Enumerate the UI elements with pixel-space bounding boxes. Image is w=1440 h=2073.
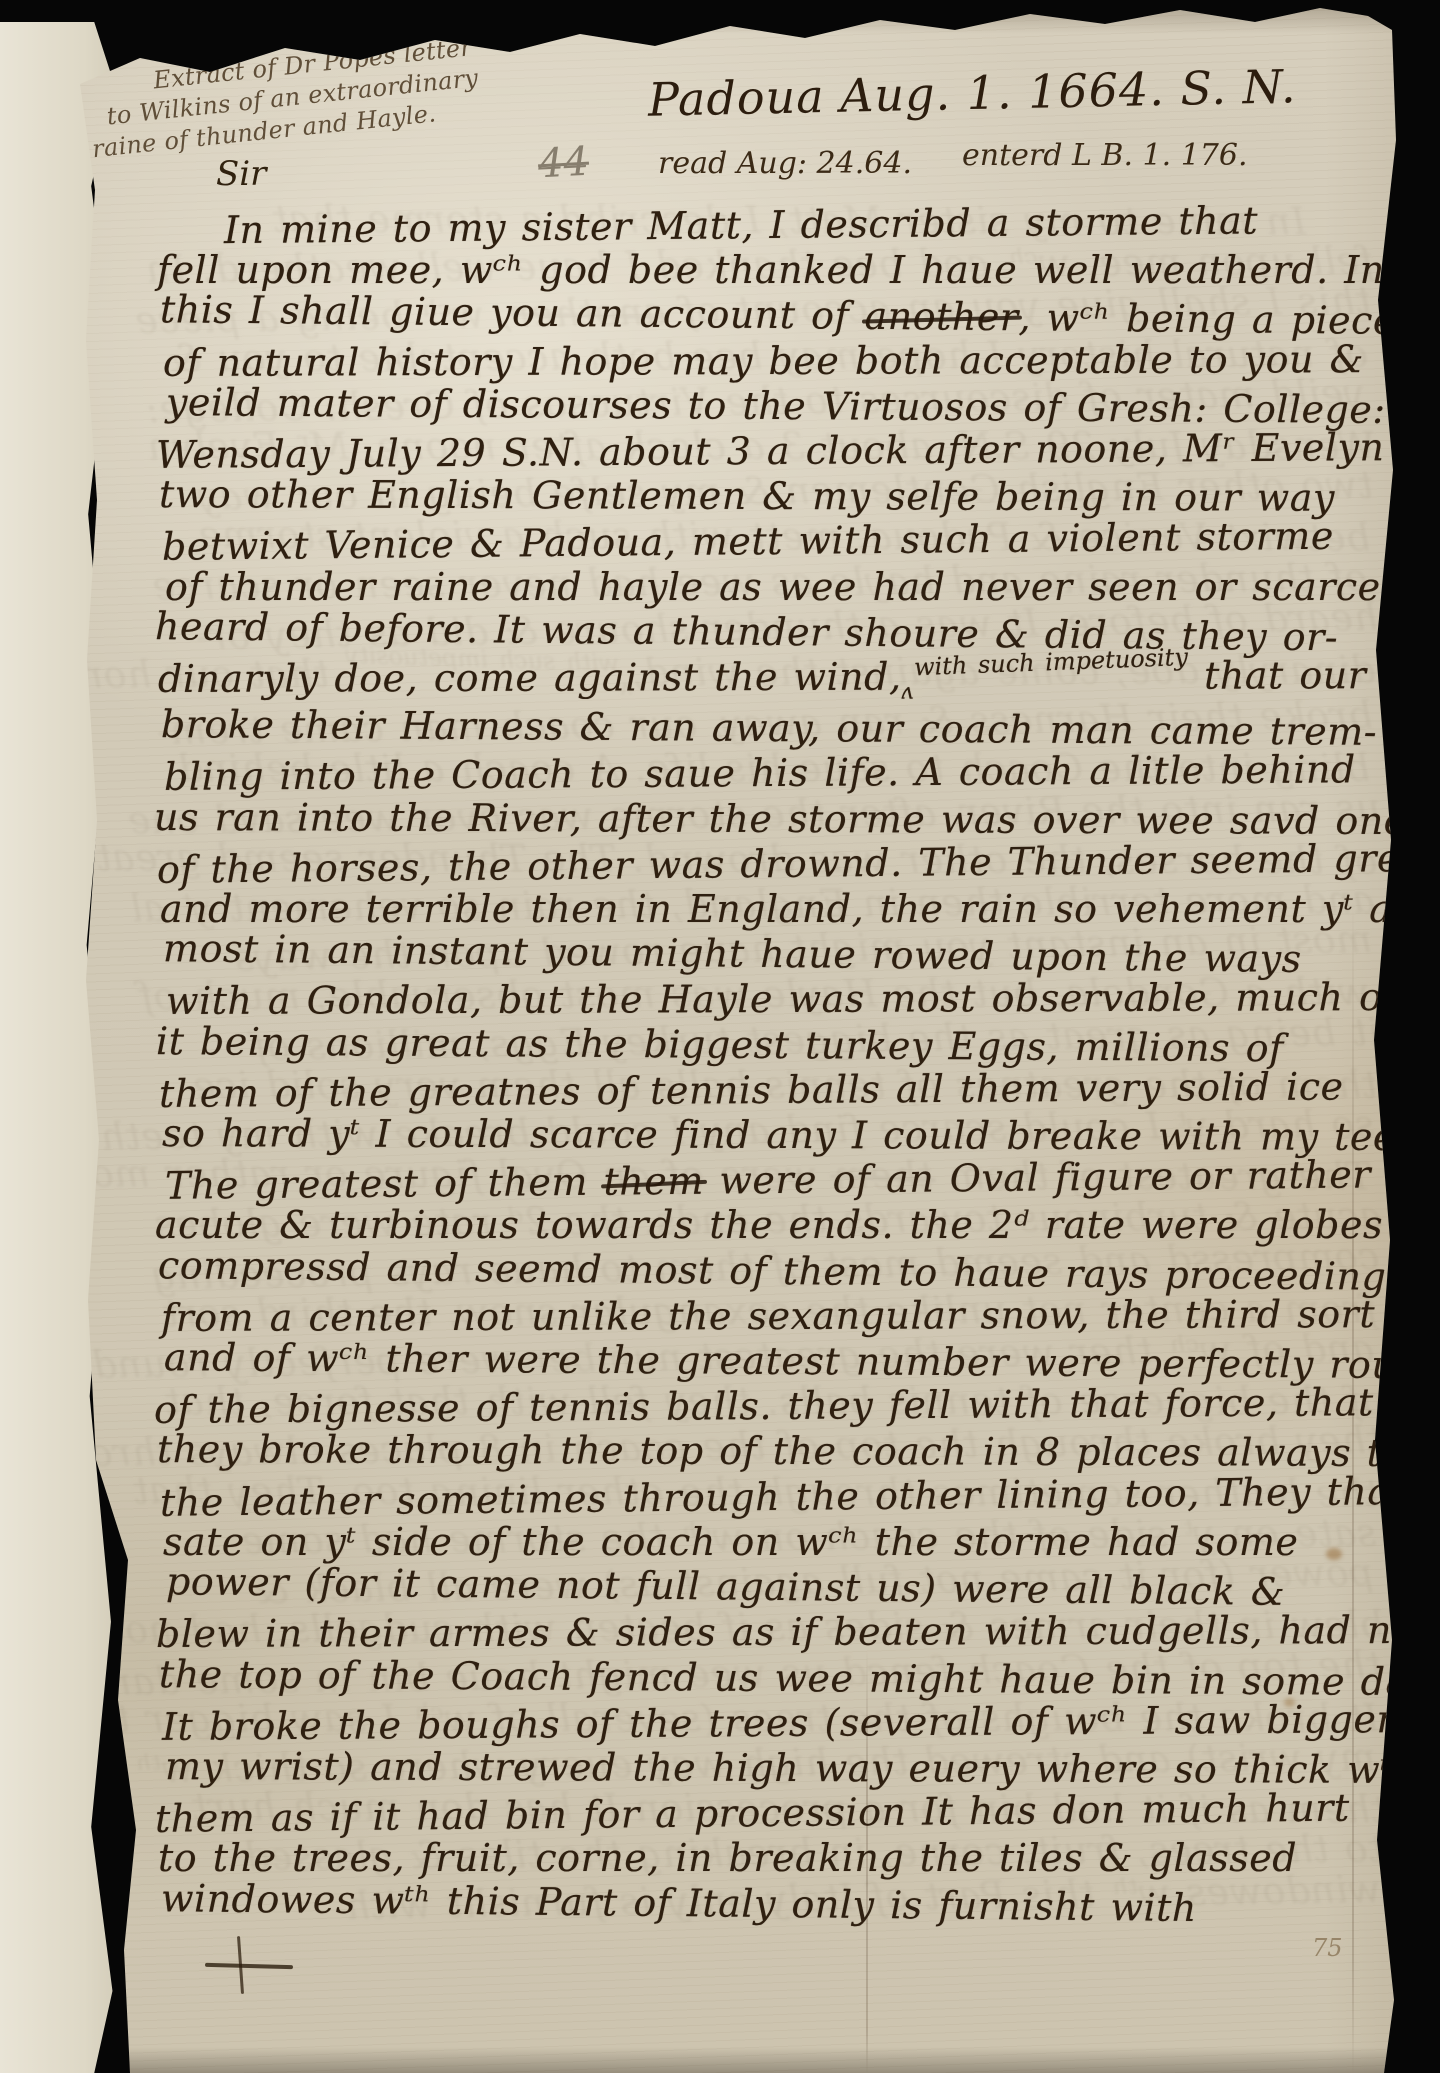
place-date: Padoua Aug. 1. 1664. S. N. bbox=[648, 59, 1298, 127]
manuscript-line-20: them of the greatnes of tennis balls all… bbox=[159, 1064, 1390, 1117]
manuscript-line-15: of the horses, the other was drownd. The… bbox=[157, 836, 1390, 893]
manuscript-line-4: of natural history I hope may bee both a… bbox=[163, 337, 1390, 386]
manuscript-line-33: the top of the Coach fencd us wee might … bbox=[159, 1652, 1390, 1705]
manuscript-line-18: with a Gondola, but the Hayle was most o… bbox=[166, 976, 1390, 1025]
manuscript-line-26: and of wᶜʰ ther were the greatest number… bbox=[164, 1335, 1390, 1388]
manuscript-line-16: and more terrible then in England, the r… bbox=[160, 887, 1390, 932]
manuscript-line-2: fell upon mee, wᶜʰ god bee thanked I hau… bbox=[157, 248, 1390, 293]
manuscript-line-11: dinaryly doe, come against the wind,ʌwit… bbox=[158, 653, 1390, 708]
manuscript-paper: Extract of Dr Popes letter to Wilkins of… bbox=[0, 0, 1440, 2073]
manuscript-line-34: It broke the boughs of the trees (severa… bbox=[162, 1697, 1390, 1750]
manuscript-line-36: them as if it had bin for a procession I… bbox=[155, 1785, 1390, 1842]
archival-note: Extract of Dr Popes letter to Wilkins of… bbox=[84, 32, 483, 165]
manuscript-line-21: so hard yᵗ I could scarce find any I cou… bbox=[162, 1111, 1390, 1160]
manuscript-line-31: power (for it came not full against us) … bbox=[166, 1559, 1390, 1616]
manuscript-line-5: yeild mater of discourses to the Virtuos… bbox=[166, 380, 1390, 433]
letter-body: In mine to my sister Matt, I describd a … bbox=[160, 203, 1390, 1927]
salutation: Sir bbox=[216, 154, 266, 194]
manuscript-line-1: In mine to my sister Matt, I describd a … bbox=[154, 197, 1390, 254]
manuscript-line-32: blew in their armes & sides as if beaten… bbox=[156, 1608, 1390, 1657]
manuscript-line-25: from a center not unlike the sexangular … bbox=[161, 1292, 1390, 1341]
manuscript-line-3: this I shall giue you an account of anot… bbox=[160, 288, 1390, 345]
manuscript-line-6: Wensday July 29 S.N. about 3 a clock aft… bbox=[156, 425, 1390, 478]
manuscript-line-37: to the trees, fruit, corne, in breaking … bbox=[158, 1836, 1390, 1881]
manuscript-line-10: heard of before. It was a thunder shoure… bbox=[155, 604, 1390, 661]
manuscript-line-30: sate on yᵗ side of the coach on wᶜʰ the … bbox=[163, 1520, 1390, 1565]
manuscript-line-29: the leather sometimes through the other … bbox=[160, 1469, 1390, 1526]
manuscript-line-28: they broke through the top of the coach … bbox=[157, 1428, 1390, 1477]
manuscript-line-19: it being as great as the biggest turkey … bbox=[156, 1019, 1390, 1072]
manuscript-line-24: compressd and seemd most of them to haue… bbox=[158, 1243, 1390, 1300]
struck-word: them bbox=[603, 1159, 704, 1204]
manuscript-line-23: acute & turbinous towards the ends. the … bbox=[155, 1203, 1390, 1248]
manuscript-line-35: my wrist) and strewed the high way euery… bbox=[165, 1744, 1390, 1793]
entered-note: enterd L B. 1. 176. bbox=[962, 138, 1248, 173]
struck-word: another bbox=[864, 294, 1018, 339]
manuscript-line-22: The greatest of them them were of an Ova… bbox=[165, 1152, 1390, 1209]
cross-mark bbox=[205, 1936, 297, 1996]
manuscript-line-9: of thunder raine and hayle as wee had ne… bbox=[165, 565, 1390, 610]
read-note: read Aug: 24.64. bbox=[658, 146, 912, 181]
manuscript-line-27: of the bignesse of tennis balls. they fe… bbox=[154, 1380, 1390, 1433]
page-background: Extract of Dr Popes letter to Wilkins of… bbox=[0, 0, 1440, 2073]
manuscript-line-13: bling into the Coach to saue his life. A… bbox=[164, 748, 1390, 801]
manuscript-line-38: windowes wᵗʰ this Part of Italy only is … bbox=[161, 1876, 1390, 1933]
manuscript-line-14: us ran into the River, after the storme … bbox=[154, 795, 1390, 844]
inserted-phrase: with such impetuosity bbox=[914, 635, 1190, 691]
pencil-number: 44 bbox=[537, 139, 590, 188]
folio-number: 75 bbox=[1312, 1934, 1343, 1962]
manuscript-line-8: betwixt Venice & Padoua, mett with such … bbox=[162, 514, 1390, 571]
